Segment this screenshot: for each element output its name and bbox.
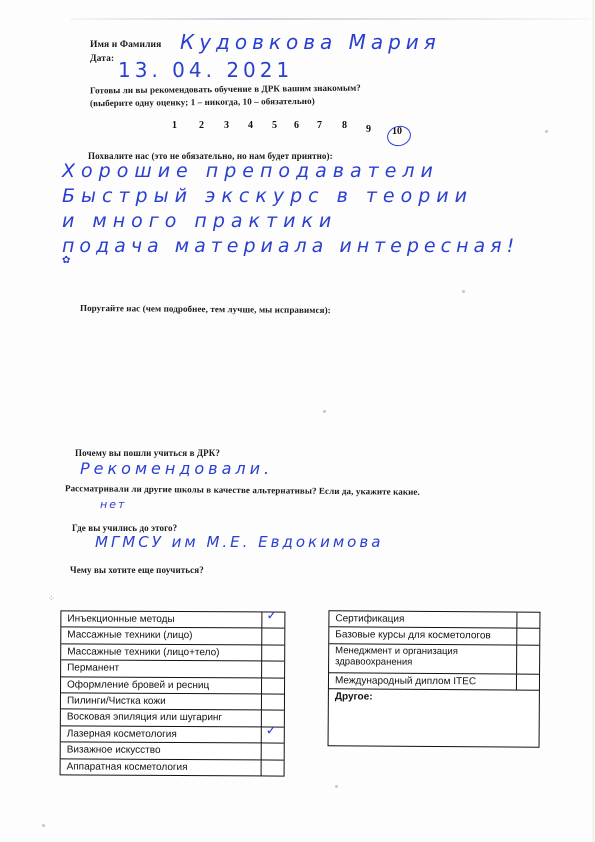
course-checkbox[interactable]: ✓	[261, 612, 284, 628]
name-label: Имя и Фамилия	[90, 40, 161, 50]
table-row: Сертификация	[329, 611, 539, 629]
recommend-question: Готовы ли вы рекомендовать обучение в ДР…	[90, 83, 361, 96]
course-checkbox[interactable]	[261, 760, 284, 776]
courses-table-left: Инъекционные методы ✓ Массажные техники …	[60, 610, 286, 776]
praise-line-3: и много практики	[62, 210, 337, 232]
alternatives-label: Рассматривали ли другие школы в качестве…	[65, 483, 420, 497]
course-checkbox[interactable]	[516, 645, 539, 673]
rating-1[interactable]: 1	[172, 120, 177, 131]
other-label: Другое:	[335, 691, 373, 702]
name-value: Кудовкова Мария	[180, 30, 441, 54]
rating-7[interactable]: 7	[317, 120, 322, 131]
course-label: Международный диплом ITEC	[329, 673, 516, 690]
course-label: Массажные техники (лицо+тело)	[61, 644, 261, 660]
rating-scale: 1 2 3 4 5 6 7 8 9 10	[172, 120, 412, 142]
why-value: Рекомендовали.	[80, 459, 273, 478]
previous-school-value: МГМСУ им М.Е. Евдокимова	[95, 533, 383, 551]
course-label: Визажное искусство	[61, 743, 261, 759]
check-icon: ✓	[266, 723, 277, 738]
date-label: Дата:	[90, 54, 114, 64]
course-label: Перманент	[61, 661, 261, 677]
scan-speck	[545, 130, 548, 133]
table-row: Массажные техники (лицо)	[61, 628, 284, 646]
rating-8[interactable]: 8	[342, 120, 347, 131]
rating-2[interactable]: 2	[199, 120, 204, 131]
recommend-hint: (выберите одну оценку; 1 – никогда, 10 –…	[90, 96, 315, 108]
course-checkbox[interactable]	[516, 674, 539, 690]
why-label: Почему вы пошли учиться в ДРК?	[75, 448, 220, 458]
course-label: Восковая эпиляция или шугаринг	[61, 710, 261, 726]
course-label: Аппаратная косметология	[61, 759, 261, 775]
table-row: Восковая эпиляция или шугаринг	[61, 710, 284, 728]
course-checkbox[interactable]	[516, 629, 539, 645]
scan-speck: ⁘	[48, 594, 55, 603]
course-checkbox[interactable]	[261, 744, 284, 760]
rating-4[interactable]: 4	[248, 120, 253, 131]
course-checkbox[interactable]	[261, 629, 284, 645]
rating-9[interactable]: 9	[366, 124, 371, 135]
scanned-feedback-form: Имя и Фамилия Кудовкова Мария Дата: 13. …	[0, 0, 595, 842]
scan-speck	[323, 410, 326, 413]
course-label: Базовые курсы для косметологов	[329, 628, 516, 645]
table-row: Базовые курсы для косметологов	[329, 628, 539, 646]
table-row: Перманент	[61, 661, 284, 679]
table-row: Инъекционные методы ✓	[61, 611, 284, 629]
other-field[interactable]: Другое:	[329, 689, 539, 746]
course-label: Сертификация	[329, 611, 516, 628]
rating-5[interactable]: 5	[272, 120, 277, 131]
praise-line-4: подача материала интересная!	[62, 235, 519, 257]
table-row: Массажные техники (лицо+тело)	[61, 644, 284, 662]
courses-table-right: Сертификация Базовые курсы для косметоло…	[328, 610, 541, 748]
date-value: 13. 04. 2021	[118, 58, 293, 82]
course-checkbox[interactable]	[261, 662, 284, 678]
scan-speck	[42, 824, 45, 827]
course-checkbox[interactable]	[261, 678, 284, 694]
course-checkbox[interactable]: ✓	[261, 727, 284, 743]
course-label: Оформление бровей и ресниц	[61, 677, 261, 693]
praise-line-2: Быстрый экскурс в теории	[62, 185, 473, 207]
course-label: Инъекционные методы	[61, 611, 261, 627]
scan-speck	[335, 785, 338, 788]
criticism-label: Поругайте нас (чем подробнее, тем лучше,…	[80, 303, 331, 315]
course-label: Менеджмент и организация здравоохранения	[329, 644, 516, 673]
table-row-other: Другое:	[329, 689, 539, 746]
rating-10-selected[interactable]: 10	[392, 126, 402, 137]
table-row: Пилинги/Чистка кожи	[61, 693, 284, 711]
ink-doodle: ✿	[62, 255, 70, 266]
rating-6[interactable]: 6	[294, 120, 299, 131]
table-row: Менеджмент и организация здравоохранения	[329, 644, 539, 674]
previous-school-label: Где вы учились до этого?	[72, 523, 177, 533]
alternatives-value: нет	[100, 498, 126, 511]
rating-3[interactable]: 3	[224, 120, 229, 131]
course-checkbox[interactable]	[261, 645, 284, 661]
selection-circle	[385, 123, 413, 149]
course-checkbox[interactable]	[516, 613, 539, 629]
course-label: Лазерная косметология	[61, 726, 261, 742]
course-label: Пилинги/Чистка кожи	[61, 693, 261, 709]
table-row: Аппаратная косметология	[61, 759, 284, 776]
praise-line-1: Хорошие преподаватели	[62, 160, 439, 182]
table-row: Лазерная косметология ✓	[61, 726, 284, 744]
course-checkbox[interactable]	[261, 694, 284, 710]
table-row: Оформление бровей и ресниц	[61, 677, 284, 695]
scan-edge	[70, 18, 590, 20]
course-label: Массажные техники (лицо)	[61, 628, 261, 644]
want-learn-label: Чему вы хотите еще поучиться?	[70, 565, 204, 575]
check-icon: ✓	[266, 608, 277, 623]
scan-speck	[462, 290, 465, 293]
table-row: Визажное искусство	[61, 743, 284, 761]
table-row: Международный диплом ITEC	[329, 673, 539, 691]
